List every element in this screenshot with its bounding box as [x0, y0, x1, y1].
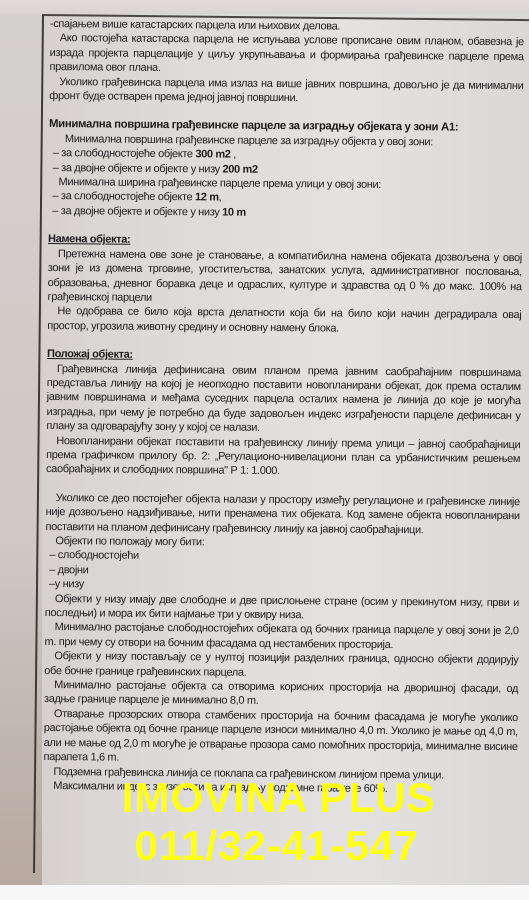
watermark-brand: IMOVINA PLUS [14, 774, 529, 822]
position-paragraph: Грађевинска линија дефинисана овим плано… [46, 362, 521, 438]
purpose-paragraph: Не одобрава се било која врста делатност… [47, 304, 521, 337]
purpose-paragraph: Претежна намена ове зоне је становање, а… [47, 247, 521, 309]
rule-paragraph: Минимално растојање објекта са отворима … [44, 678, 518, 711]
document-photo: -спајањем више катастарских парцела или … [0, 0, 529, 885]
position-paragraph: Уколико се део постојећег објекта налази… [45, 491, 519, 538]
position-paragraph: Новопланирани објекат поставити на грађе… [46, 434, 520, 481]
rule-paragraph: Минимално растојање слободностојећих обј… [44, 620, 518, 653]
rule-paragraph: Објекти у низу имају две слободне и две … [45, 592, 519, 625]
document-text: -спајањем више катастарских парцела или … [43, 17, 524, 797]
bottom-strip [0, 885, 529, 900]
rule-paragraph: Отварање прозорских отвора стамбених про… [43, 707, 517, 769]
rule-paragraph: Објекти у низу постављају се у нултој по… [44, 649, 518, 682]
intro-paragraph: Уколико грађевинска парцела има излаз на… [49, 75, 523, 108]
watermark-phone: 011/32-41-547 [12, 822, 529, 870]
intro-paragraph: Ако постојећа катастарска парцела не исп… [49, 31, 523, 78]
